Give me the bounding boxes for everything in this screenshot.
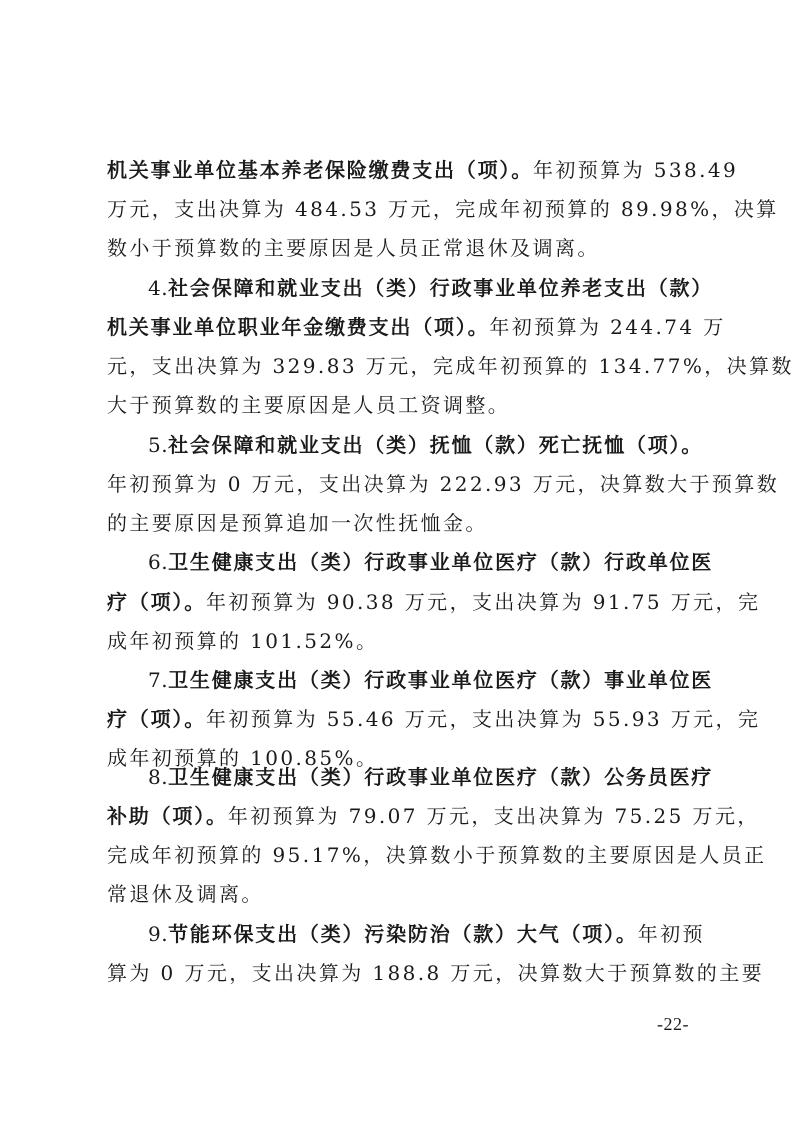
item-text: 年初预算为 244.74 万 bbox=[489, 315, 725, 339]
item-title-bold: 卫生健康支出（类）行政事业单位医疗（款）事业单位医 bbox=[168, 668, 713, 692]
text-line-item4-title: 机关事业单位职业年金缴费支出（项）。年初预算为 244.74 万 bbox=[107, 307, 687, 347]
item-title-bold: 疗（项）。 bbox=[107, 590, 206, 614]
item-title-bold: 卫生健康支出（类）行政事业单位医疗（款）行政单位医 bbox=[168, 550, 713, 574]
item-text: 的主要原因是预算追加一次性抚恤金。 bbox=[107, 511, 488, 535]
item-text: 元，支出决算为 329.83 万元，完成年初预算的 134.77%，决算数 bbox=[107, 354, 793, 378]
item-text: 常退休及调离。 bbox=[107, 882, 264, 906]
item-text: 数小于预算数的主要原因是人员正常退休及调离。 bbox=[107, 236, 600, 260]
item-text: 年初预算为 90.38 万元，支出决算为 91.75 万元，完 bbox=[206, 590, 760, 614]
item-title-bold: 机关事业单位基本养老保险缴费支出（项）。 bbox=[107, 158, 533, 182]
text-line-item4-figures: 元，支出决算为 329.83 万元，完成年初预算的 134.77%，决算数 bbox=[107, 346, 687, 386]
item-title-bold: 补助（项）。 bbox=[107, 804, 228, 828]
item-text: 年初预算为 55.46 万元，支出决算为 55.93 万元，完 bbox=[206, 707, 760, 731]
item-text: 年初预算为 538.49 bbox=[533, 158, 738, 182]
text-line-item5-reason: 的主要原因是预算追加一次性抚恤金。 bbox=[107, 503, 687, 543]
text-line-item8-reason: 常退休及调离。 bbox=[107, 874, 687, 914]
text-line-item3-title: 机关事业单位基本养老保险缴费支出（项）。年初预算为 538.49 bbox=[107, 150, 687, 190]
text-line-item8-title: 补助（项）。年初预算为 79.07 万元，支出决算为 75.25 万元， bbox=[107, 796, 687, 836]
item-title-bold: 卫生健康支出（类）行政事业单位医疗（款）公务员医疗 bbox=[168, 765, 713, 789]
item-text: 算为 0 万元，支出决算为 188.8 万元，决算数大于预算数的主要 bbox=[107, 961, 764, 985]
item-title-bold: 节能环保支出（类）污染防治（款）大气（项）。 bbox=[168, 922, 638, 946]
page-number: -22- bbox=[657, 1014, 689, 1035]
item-title-bold: 机关事业单位职业年金缴费支出（项）。 bbox=[107, 315, 489, 339]
item-title-bold: 社会保障和就业支出（类）行政事业单位养老支出（款） bbox=[168, 276, 713, 300]
item-number: 8. bbox=[148, 765, 168, 789]
item-title-bold: 社会保障和就业支出（类）抚恤（款）死亡抚恤（项）。 bbox=[168, 433, 703, 457]
text-line-item3-reason: 数小于预算数的主要原因是人员正常退休及调离。 bbox=[107, 228, 687, 268]
text-line-item7-title: 疗（项）。年初预算为 55.46 万元，支出决算为 55.93 万元，完 bbox=[107, 699, 687, 739]
item-text: 万元，支出决算为 484.53 万元，完成年初预算的 89.98%，决算 bbox=[107, 197, 779, 221]
text-line-item3-figures: 万元，支出决算为 484.53 万元，完成年初预算的 89.98%，决算 bbox=[107, 189, 687, 229]
text-line-item7-heading: 7.卫生健康支出（类）行政事业单位医疗（款）事业单位医 bbox=[148, 660, 688, 700]
item-number: 7. bbox=[148, 668, 168, 692]
item-text: 大于预算数的主要原因是人员工资调整。 bbox=[107, 393, 510, 417]
item-number: 5. bbox=[148, 433, 168, 457]
item-title-bold: 疗（项）。 bbox=[107, 707, 206, 731]
item-text: 成年初预算的 101.52%。 bbox=[107, 629, 378, 653]
item-text: 年初预 bbox=[638, 922, 705, 946]
text-line-item8-heading: 8.卫生健康支出（类）行政事业单位医疗（款）公务员医疗 bbox=[148, 757, 688, 797]
item-text: 完成年初预算的 95.17%，决算数小于预算数的主要原因是人员正 bbox=[107, 843, 766, 867]
text-line-item4-heading: 4.社会保障和就业支出（类）行政事业单位养老支出（款） bbox=[148, 268, 688, 308]
item-text: 年初预算为 0 万元，支出决算为 222.93 万元，决算数大于预算数 bbox=[107, 472, 779, 496]
text-line-item5-figures: 年初预算为 0 万元，支出决算为 222.93 万元，决算数大于预算数 bbox=[107, 464, 687, 504]
text-line-item9-heading: 9.节能环保支出（类）污染防治（款）大气（项）。年初预 bbox=[148, 914, 688, 954]
text-line-item6-completion: 成年初预算的 101.52%。 bbox=[107, 621, 687, 661]
item-number: 6. bbox=[148, 550, 168, 574]
text-line-item6-title: 疗（项）。年初预算为 90.38 万元，支出决算为 91.75 万元，完 bbox=[107, 582, 687, 622]
item-number: 9. bbox=[148, 922, 168, 946]
text-line-item8-figures: 完成年初预算的 95.17%，决算数小于预算数的主要原因是人员正 bbox=[107, 835, 687, 875]
text-line-item5-heading: 5.社会保障和就业支出（类）抚恤（款）死亡抚恤（项）。 bbox=[148, 425, 688, 465]
item-text: 年初预算为 79.07 万元，支出决算为 75.25 万元， bbox=[228, 804, 760, 828]
text-line-item9-figures: 算为 0 万元，支出决算为 188.8 万元，决算数大于预算数的主要 bbox=[107, 953, 687, 993]
document-page: 机关事业单位基本养老保险缴费支出（项）。年初预算为 538.49 万元，支出决算… bbox=[0, 0, 793, 1122]
item-number: 4. bbox=[148, 276, 168, 300]
text-line-item4-reason: 大于预算数的主要原因是人员工资调整。 bbox=[107, 385, 687, 425]
text-line-item6-heading: 6.卫生健康支出（类）行政事业单位医疗（款）行政单位医 bbox=[148, 542, 688, 582]
